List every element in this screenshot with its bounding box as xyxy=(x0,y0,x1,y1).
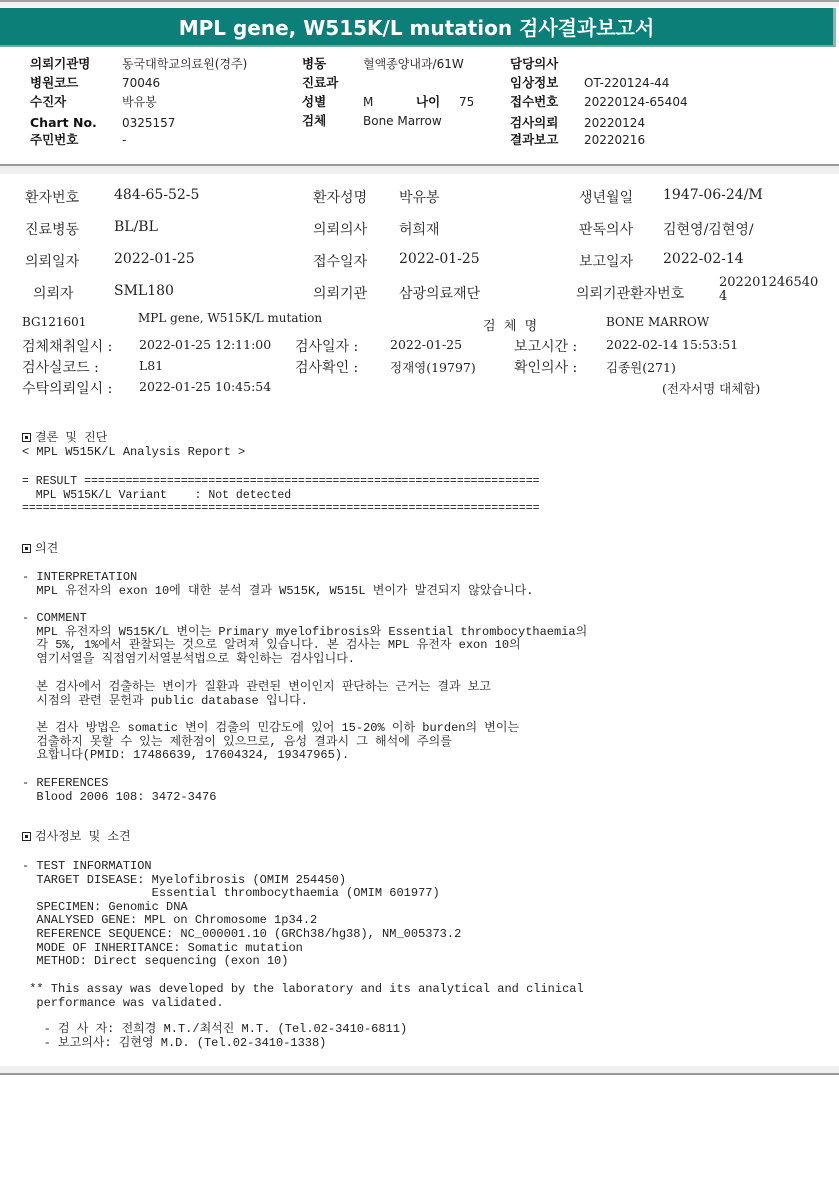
value-chart-no: 0325157 xyxy=(122,115,322,131)
label-ward: 진료병동 xyxy=(25,219,79,239)
test-information-block: - TEST INFORMATION TARGET DISEASE: Myelo… xyxy=(22,860,461,969)
test-info-line: SPECIMEN: Genomic DNA xyxy=(22,901,461,915)
label-collection-time: 검체채취일시 : xyxy=(22,336,112,356)
opinion-heading-row: 의견 xyxy=(22,543,58,557)
comment-paragraph-3: 본 검사 방법은 somatic 변이 검출의 민감도에 있어 15-20% 이… xyxy=(22,722,519,763)
label-resident-no: 주민번호 xyxy=(30,132,120,148)
label-department: 진료과 xyxy=(302,75,362,91)
test-code: BG121601 xyxy=(22,315,86,329)
test-info-line: ANALYSED GENE: MPL on Chromosome 1p34.2 xyxy=(22,914,461,928)
label-requesting-institution: 의뢰기관 xyxy=(313,283,367,303)
value-result-report: 20220216 xyxy=(584,132,744,148)
bottom-divider xyxy=(0,1066,839,1075)
comment-line: 요합니다(PMID: 17486639, 17604324, 19347965)… xyxy=(22,749,519,763)
assay-note-line: ** This assay was developed by the labor… xyxy=(22,983,584,997)
label-sex: 성별 xyxy=(302,94,362,110)
comment-line: 본 검사에서 검출하는 변이가 질환과 관련된 변이인지 판단하는 근거는 결과… xyxy=(22,681,491,695)
value-patient-no: 484-65-52-5 xyxy=(114,187,199,203)
value-confirm-doctor: 김종원(271) xyxy=(606,358,676,376)
label-patient-name: 환자성명 xyxy=(313,187,367,207)
assay-note-line: performance was validated. xyxy=(22,997,584,1011)
test-name: MPL gene, W515K/L mutation xyxy=(138,311,322,325)
references-title: - REFERENCES xyxy=(22,777,216,791)
label-lab-code: 검사실코드 : xyxy=(22,357,99,377)
opinion-heading: 의견 xyxy=(35,542,58,556)
label-receipt-date: 접수일자 xyxy=(313,251,367,271)
value-ward: 혈액종양내과/61W xyxy=(363,56,513,72)
interpretation-text: MPL 유전자의 exon 10에 대한 분석 결과 W515K, W515L … xyxy=(22,585,533,599)
variant-result: MPL W515K/L Variant : Not detected xyxy=(22,489,540,503)
label-patient-no: 환자번호 xyxy=(25,187,79,207)
assay-note: ** This assay was developed by the labor… xyxy=(22,983,584,1010)
label-institution-patient-no: 의뢰기관환자번호 xyxy=(576,283,684,303)
label-requester: 의뢰자 xyxy=(33,283,74,303)
label-report-time: 보고시간 : xyxy=(514,336,577,356)
label-accession-no: 접수번호 xyxy=(510,94,580,110)
label-specimen-name: 검 체 명 xyxy=(483,315,537,334)
value-requesting-institution: 삼광의료재단 xyxy=(399,283,480,303)
conclusion-heading: 결론 및 진단 xyxy=(35,431,107,445)
value-institution: 동국대학교의료원(경주) xyxy=(122,56,322,72)
value-receipt-date: 2022-01-25 xyxy=(399,251,480,267)
label-result-report: 결과보고 xyxy=(510,132,580,148)
section-divider xyxy=(0,164,839,174)
interpretation-title: - INTERPRETATION xyxy=(22,571,533,585)
comment-title: - COMMENT xyxy=(22,612,587,626)
comment-paragraph-2: 본 검사에서 검출하는 변이가 질환과 관련된 변이인지 판단하는 근거는 결과… xyxy=(22,681,491,708)
label-institution: 의뢰기관명 xyxy=(30,56,120,72)
label-requesting-doctor: 의뢰의사 xyxy=(313,219,367,239)
value-institution-patient-no-line1: 202201246540 xyxy=(719,276,818,290)
label-reading-doctor: 판독의사 xyxy=(579,219,633,239)
label-report-date: 보고일자 xyxy=(579,251,633,271)
label-birthdate: 생년월일 xyxy=(579,187,633,207)
staff-reporting-doctor: - 보고의사: 김현영 M.D. (Tel.02-3410-1338) xyxy=(22,1037,407,1051)
value-institution-patient-no-line2: 4 xyxy=(719,290,818,304)
label-specimen: 검체 xyxy=(302,113,362,129)
label-test-request: 검사의뢰 xyxy=(510,115,580,131)
value-birthdate: 1947-06-24/M xyxy=(663,187,763,203)
label-clinical-info: 임상정보 xyxy=(510,75,580,91)
comment-line: 시점의 관련 문헌과 public database 입니다. xyxy=(22,695,491,709)
staff-technician: - 검 사 자: 전희경 M.T./최석진 M.T. (Tel.02-3410-… xyxy=(22,1023,407,1037)
label-request-time: 수탁의뢰일시 : xyxy=(22,378,112,398)
result-block: = RESULT ===============================… xyxy=(22,475,540,516)
section-bullet-icon xyxy=(22,544,31,553)
value-specimen-name: BONE MARROW xyxy=(606,315,709,329)
value-examinee: 박유봉 xyxy=(122,94,322,110)
label-request-date: 의뢰일자 xyxy=(25,251,79,271)
label-attending-doctor: 담당의사 xyxy=(510,56,580,72)
test-info-line: TARGET DISEASE: Myelofibrosis (OMIM 2544… xyxy=(22,874,461,888)
comment-line: 본 검사 방법은 somatic 변이 검출의 민감도에 있어 15-20% 이… xyxy=(22,722,519,736)
value-test-confirm: 정재영(19797) xyxy=(390,358,476,376)
conclusion-section: 결론 및 진단 < MPL W515K/L Analysis Report > xyxy=(22,432,245,459)
report-title: MPL gene, W515K/L mutation 검사결과보고서 xyxy=(179,12,655,41)
value-report-time: 2022-02-14 15:53:51 xyxy=(606,337,738,352)
value-patient-name: 박유봉 xyxy=(399,187,440,207)
reference-text: Blood 2006 108: 3472-3476 xyxy=(22,791,216,805)
comment-line: 염기서열을 직접염기서열분석법으로 확인하는 검사입니다. xyxy=(22,653,587,667)
value-hospital-code: 70046 xyxy=(122,75,322,91)
label-chart-no: Chart No. xyxy=(30,115,120,131)
value-request-time: 2022-01-25 10:45:54 xyxy=(139,379,271,394)
label-test-date: 검사일자 : xyxy=(295,336,358,356)
comment-line: 각 5%, 1%에서 관찰되는 것으로 알려져 있습니다. 본 검사는 MPL … xyxy=(22,639,587,653)
test-info-heading-row: 검사정보 및 소견 xyxy=(22,831,131,845)
value-test-request: 20220124 xyxy=(584,115,744,131)
references-block: - REFERENCES Blood 2006 108: 3472-3476 xyxy=(22,777,216,804)
value-reading-doctor: 김현영/김현영/ xyxy=(663,219,754,239)
test-info-line: METHOD: Direct sequencing (exon 10) xyxy=(22,955,461,969)
value-test-date: 2022-01-25 xyxy=(390,337,462,352)
label-ward: 병동 xyxy=(302,56,362,72)
result-header-line: = RESULT ===============================… xyxy=(22,475,540,489)
value-requester: SML180 xyxy=(114,283,174,299)
value-report-date: 2022-02-14 xyxy=(663,251,744,267)
value-request-date: 2022-01-25 xyxy=(114,251,195,267)
section-bullet-icon xyxy=(22,433,31,442)
staff-block: - 검 사 자: 전희경 M.T./최석진 M.T. (Tel.02-3410-… xyxy=(22,1023,407,1050)
value-resident-no: - xyxy=(122,132,322,148)
test-info-heading: 검사정보 및 소견 xyxy=(35,830,131,844)
test-info-line: REFERENCE SEQUENCE: NC_000001.10 (GRCh38… xyxy=(22,928,461,942)
interpretation-block: - INTERPRETATION MPL 유전자의 exon 10에 대한 분석… xyxy=(22,571,533,598)
value-lab-code: L81 xyxy=(139,358,163,373)
value-age: 75 xyxy=(459,94,499,110)
value-requesting-doctor: 허희재 xyxy=(399,219,440,239)
value-clinical-info: OT-220124-44 xyxy=(584,75,744,91)
value-ward: BL/BL xyxy=(114,219,158,235)
value-institution-patient-no: 202201246540 4 xyxy=(719,276,818,304)
result-rule-line: ========================================… xyxy=(22,502,540,516)
comment-block: - COMMENT MPL 유전자의 W515K/L 변이는 Primary m… xyxy=(22,612,587,666)
top-rule xyxy=(0,0,839,7)
label-test-confirm: 검사확인 : xyxy=(295,357,358,377)
label-examinee: 수진자 xyxy=(30,94,120,110)
label-hospital-code: 병원코드 xyxy=(30,75,120,91)
value-accession-no: 20220124-65404 xyxy=(584,94,744,110)
value-sex: M xyxy=(363,94,403,110)
section-bullet-icon xyxy=(22,832,31,841)
e-signature-note: (전자서명 대체함) xyxy=(662,379,760,397)
value-specimen: Bone Marrow xyxy=(363,113,513,129)
label-confirm-doctor: 확인의사 : xyxy=(514,357,577,377)
test-info-line: - TEST INFORMATION xyxy=(22,860,461,874)
value-collection-time: 2022-01-25 12:11:00 xyxy=(139,337,271,352)
analysis-report-subtitle: < MPL W515K/L Analysis Report > xyxy=(22,445,245,459)
report-title-bar: MPL gene, W515K/L mutation 검사결과보고서 xyxy=(0,8,836,47)
test-info-line: Essential thrombocythaemia (OMIM 601977) xyxy=(22,887,461,901)
label-age: 나이 xyxy=(416,94,456,110)
test-info-line: MODE OF INHERITANCE: Somatic mutation xyxy=(22,942,461,956)
